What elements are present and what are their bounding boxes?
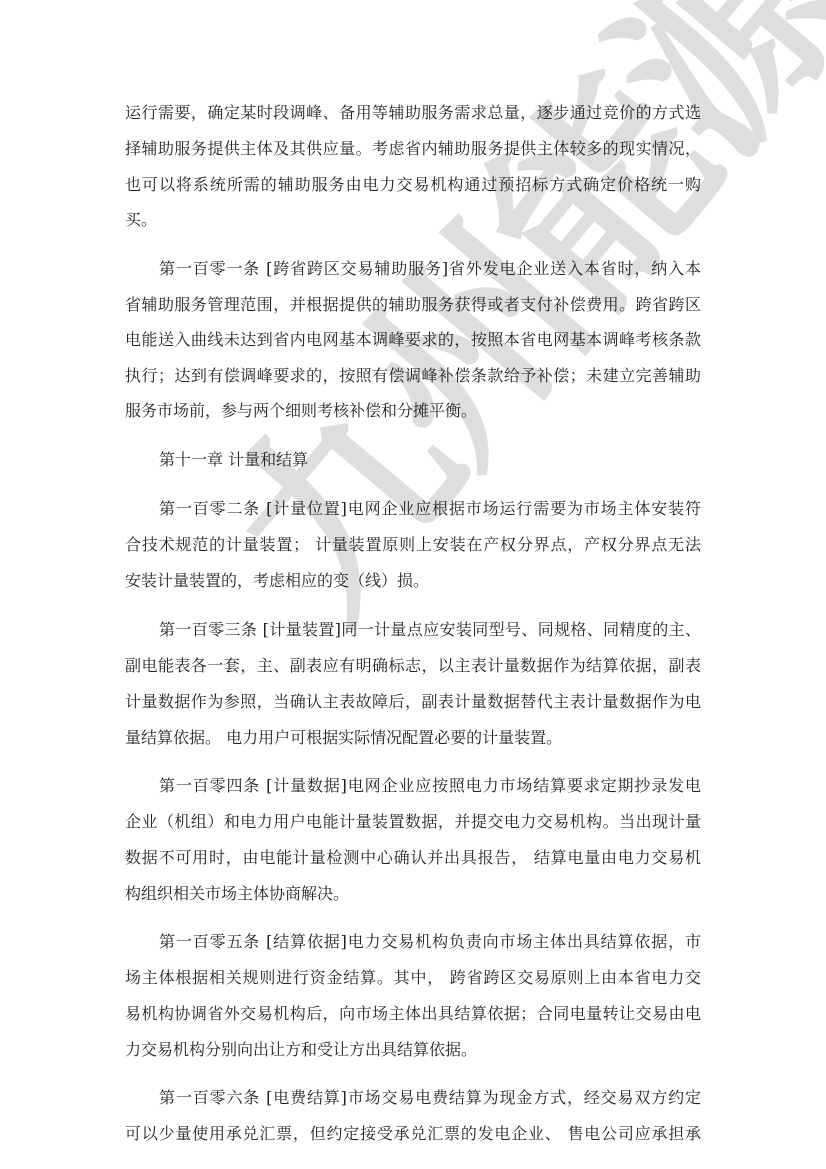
text-line: 择辅助服务提供主体及其供应量。考虑省内辅助服务提供主体较多的现实情况， [125, 138, 701, 160]
text-line: 企业（机组）和电力用户电能计量装置数据，并提交电力交易机构。当出现计量 [125, 811, 701, 833]
text-line: 力交易机构分别向出让方和受让方出具结算依据。 [125, 1039, 701, 1061]
text-line: 第一百零四条 [计量数据]电网企业应按照电力市场结算要求定期抄录发电 [159, 775, 701, 797]
text-line: 合技术规范的计量装置； 计量装置原则上安装在产权分界点，产权分界点无法 [125, 534, 701, 556]
text-line: 第一百零三条 [计量装置]同一计量点应安装同型号、同规格、同精度的主、 [159, 619, 701, 641]
text-line: 服务市场前，参与两个细则考核补偿和分摊平衡。 [125, 400, 701, 422]
text-line: 构组织相关市场主体协商解决。 [125, 883, 701, 905]
text-line: 执行；达到有偿调峰要求的，按照有偿调峰补偿条款给予补偿；未建立完善辅助 [125, 365, 701, 387]
text-line: 副电能表各一套，主、副表应有明确标志，以主表计量数据作为结算依据，副表 [125, 655, 701, 677]
text-line: 计量数据作为参照，当确认主表故障后，副表计量数据替代主表计量数据作为电 [125, 691, 701, 713]
document-page: 九州能源 运行需要，确定某时段调峰、备用等辅助服务需求总量，逐步通过竞价的方式选… [0, 0, 826, 1169]
text-line: 电能送入曲线未达到省内电网基本调峰要求的，按照本省电网基本调峰考核条款 [125, 329, 701, 351]
text-line: 买。 [125, 209, 701, 231]
text-line: 也可以将系统所需的辅助服务由电力交易机构通过预招标方式确定价格统一购 [125, 174, 701, 196]
text-line: 场主体根据相关规则进行资金结算。其中， 跨省跨区交易原则上由本省电力交 [125, 967, 701, 989]
text-line: 省辅助服务管理范围，并根据提供的辅助服务获得或者支付补偿费用。跨省跨区 [125, 294, 701, 316]
text-line: 运行需要，确定某时段调峰、备用等辅助服务需求总量，逐步通过竞价的方式选 [125, 102, 701, 124]
text-line: 数据不可用时，由电能计量检测中心确认并出具报告， 结算电量由电力交易机 [125, 847, 701, 869]
text-line: 易机构协调省外交易机构后，向市场主体出具结算依据；合同电量转让交易由电 [125, 1003, 701, 1025]
chapter-title: 第十一章 计量和结算 [159, 449, 701, 471]
text-line: 安装计量装置的，考虑相应的变（线）损。 [125, 570, 701, 592]
text-line: 第一百零二条 [计量位置]电网企业应根据市场运行需要为市场主体安装符 [159, 498, 701, 520]
text-line: 第一百零一条 [跨省跨区交易辅助服务]省外发电企业送入本省时，纳入本 [159, 258, 701, 280]
text-line: 第一百零五条 [结算依据]电力交易机构负责向市场主体出具结算依据，市 [159, 931, 701, 953]
text-line: 第一百零六条 [电费结算]市场交易电费结算为现金方式，经交易双方约定 [159, 1087, 701, 1109]
text-line: 量结算依据。 电力用户可根据实际情况配置必要的计量装置。 [125, 727, 701, 749]
text-line: 可以少量使用承兑汇票，但约定接受承兑汇票的发电企业、 售电公司应承担承 [125, 1123, 701, 1145]
